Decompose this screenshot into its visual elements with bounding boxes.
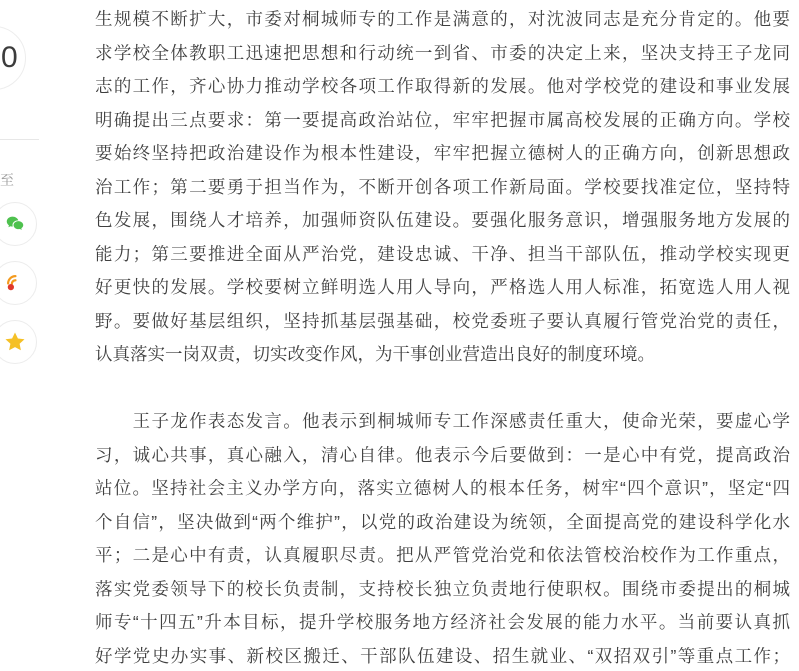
text-line: 师专“十四五”升本目标，提升学校服务地方经济社会发展的能力水平。当前要认真抓 <box>95 606 790 640</box>
text-line: 能力；第三要推进全面从严治党，建设忠诚、干净、担当干部队伍，推动学校实现更 <box>95 238 790 272</box>
text-line: 好学党史办实事、新校区搬迁、干部队伍建设、招生就业、“双招双引”等重点工作； <box>95 640 790 671</box>
text-line: 求学校全体教职工迅速把思想和行动统一到省、市委的决定上来，坚决支持王子龙同 <box>95 37 790 71</box>
share-qzone-button[interactable] <box>0 320 37 364</box>
text-line: 明确提出三点要求：第一要提高政治站位，牢牢把握市属高校发展的正确方向。学校 <box>95 104 790 138</box>
qzone-star-icon <box>3 330 27 354</box>
share-wechat-button[interactable] <box>0 202 37 246</box>
paragraph: 生规模不断扩大，市委对桐城师专的工作是满意的，对沈波同志是充分肯定的。他要求学校… <box>95 3 790 372</box>
text-line: 落实党委领导下的校长负责制，支持校长独立负责地行使职权。围绕市委提出的桐城 <box>95 573 790 607</box>
text-line: 要始终坚持把政治建设作为根本性建设，牢牢把握立德树人的正确方向，创新思想政 <box>95 137 790 171</box>
article-page: 0 分享至 生规模不断扩大，市委对桐城师专的工作是满意的，对沈波同志是充分肯定的… <box>0 0 799 671</box>
text-line: 志的工作，齐心协力推动学校各项工作取得新的发展。他对学校党的建设和事业发展 <box>95 70 790 104</box>
comment-count-button[interactable]: 0 <box>0 26 26 90</box>
text-line: 治工作；第二要勇于担当作为，不断开创各项工作新局面。学校要找准定位，坚持特 <box>95 171 790 205</box>
comment-count: 0 <box>1 43 18 73</box>
article-body: 生规模不断扩大，市委对桐城师专的工作是满意的，对沈波同志是充分肯定的。他要求学校… <box>95 3 790 671</box>
text-line: 色发展，围绕人才培养，加强师资队伍建设。要强化服务意识，增强服务地方发展的 <box>95 204 790 238</box>
share-rail-divider <box>0 139 39 140</box>
text-line: 站位。坚持社会主义办学方向，落实立德树人的根本任务，树牢“四个意识”，坚定“四 <box>95 472 790 506</box>
text-line: 野。要做好基层组织，坚持抓基层强基础，校党委班子要认真履行管党治党的责任， <box>95 305 790 339</box>
text-line: 习，诚心共事，真心融入，清心自律。他表示今后要做到：一是心中有党，提高政治 <box>95 439 790 473</box>
share-to-label: 分享至 <box>0 170 14 190</box>
text-line: 生规模不断扩大，市委对桐城师专的工作是满意的，对沈波同志是充分肯定的。他要 <box>95 3 790 37</box>
wechat-icon <box>4 213 26 235</box>
text-line: 好更快的发展。学校要树立鲜明选人用人导向，严格选人用人标准，拓宽选人用人视 <box>95 271 790 305</box>
weibo-icon <box>4 272 26 294</box>
paragraph: 王子龙作表态发言。他表示到桐城师专工作深感责任重大，使命光荣，要虚心学习，诚心共… <box>95 405 790 671</box>
text-line: 个自信”，坚决做到“两个维护”，以党的政治建设为统领，全面提高党的建设科学化水 <box>95 506 790 540</box>
text-line: 平；二是心中有责，认真履职尽责。把从严管党治党和依法管校治校作为工作重点， <box>95 539 790 573</box>
text-line: 王子龙作表态发言。他表示到桐城师专工作深感责任重大，使命光荣，要虚心学 <box>95 405 790 439</box>
share-weibo-button[interactable] <box>0 261 37 305</box>
text-line: 认真落实一岗双责，切实改变作风，为干事创业营造出良好的制度环境。 <box>95 338 790 372</box>
